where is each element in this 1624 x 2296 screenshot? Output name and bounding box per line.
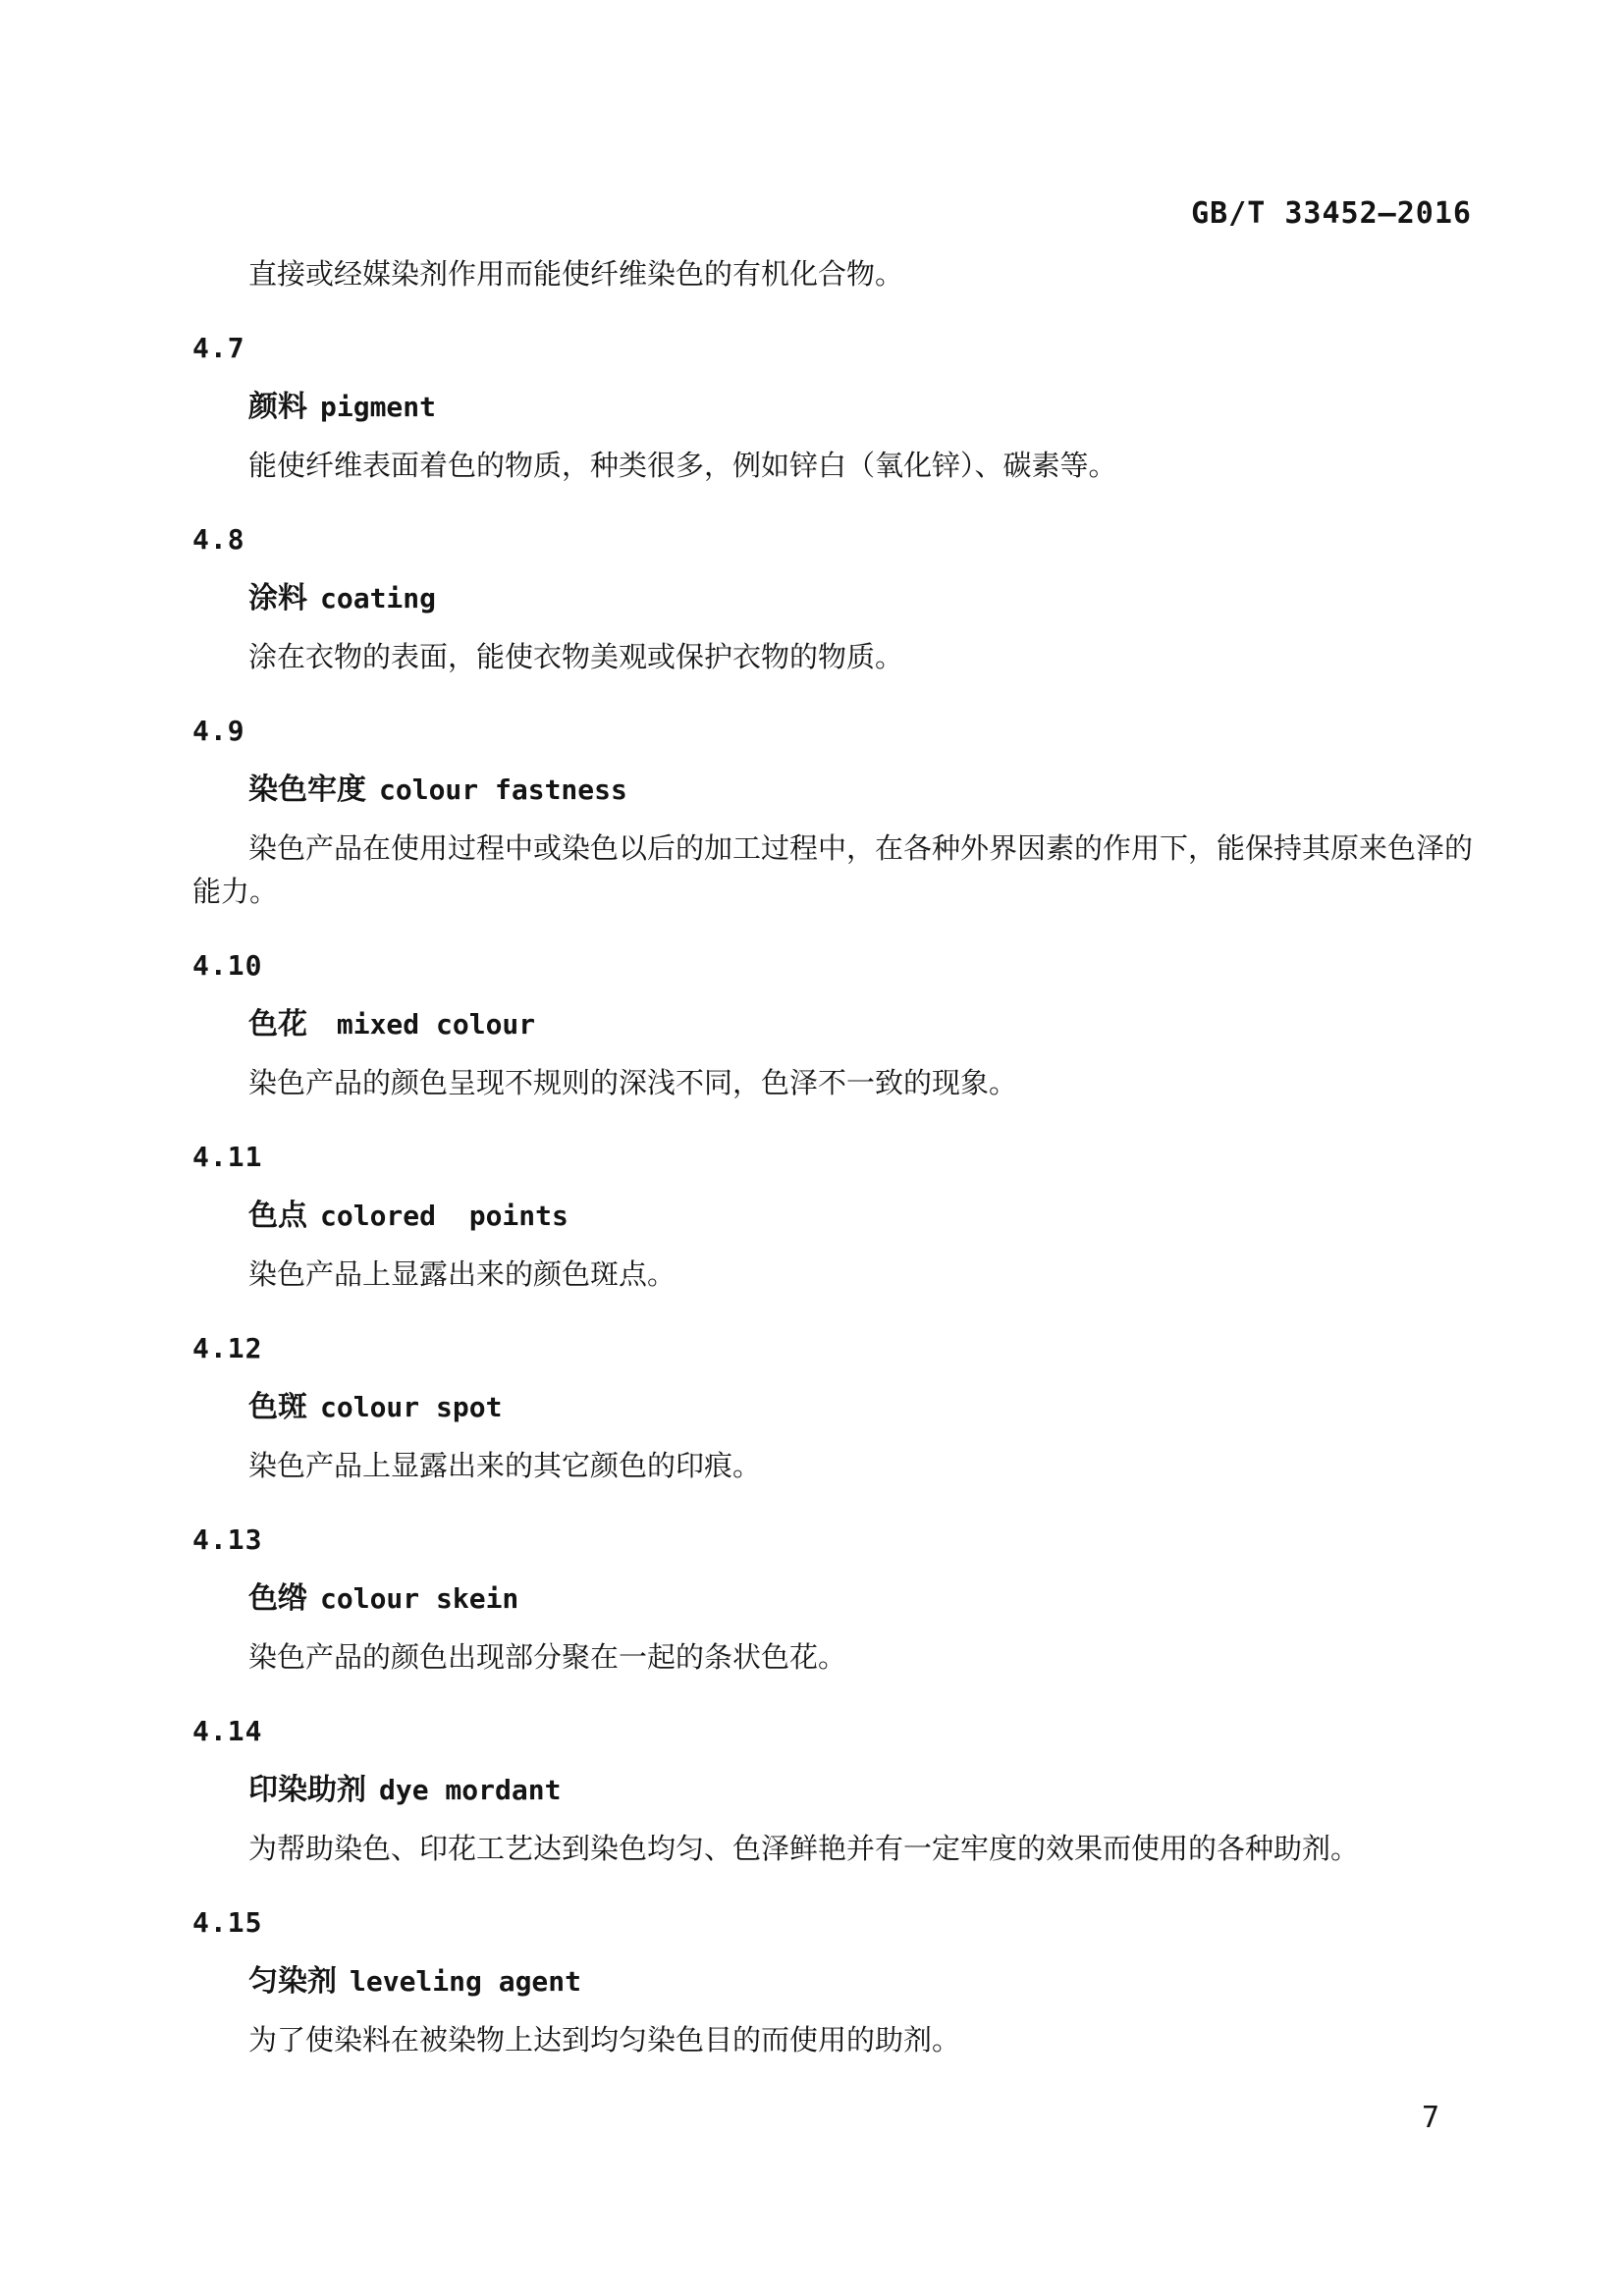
clause-number: 4.11 — [192, 1136, 1484, 1179]
term-chinese: 色点 — [248, 1200, 307, 1232]
page-footer: 7 — [1422, 2101, 1439, 2135]
term-heading: 染色牢度colour fastness — [192, 769, 1484, 812]
clause-number: 4.9 — [192, 710, 1484, 753]
term-english: pigment — [320, 391, 436, 423]
term-chinese: 染色牢度 — [248, 774, 366, 806]
clause-number: 4.14 — [192, 1710, 1484, 1753]
term-definition: 染色产品在使用过程中或染色以后的加工过程中，在各种外界因素的作用下，能保持其原来… — [192, 828, 1484, 914]
term-chinese: 印染助剂 — [248, 1774, 366, 1806]
clause-number: 4.10 — [192, 944, 1484, 988]
term-chinese: 色斑 — [248, 1391, 307, 1423]
term-chinese: 色花 — [248, 1008, 307, 1041]
term-definition: 涂在衣物的表面，能使衣物美观或保护衣物的物质。 — [192, 636, 1484, 679]
page-content: 直接或经媒染剂作用而能使纤维染色的有机化合物。 4.7 颜料pigment 能使… — [192, 253, 1484, 2062]
section-4-13: 4.13 色绺colour skein 染色产品的颜色出现部分聚在一起的条状色花… — [192, 1519, 1484, 1680]
section-4-14: 4.14 印染助剂dye mordant 为帮助染色、印花工艺达到染色均匀、色泽… — [192, 1710, 1484, 1871]
term-definition: 为帮助染色、印花工艺达到染色均匀、色泽鲜艳并有一定牢度的效果而使用的各种助剂。 — [192, 1828, 1484, 1871]
term-english: coating — [320, 582, 436, 614]
section-4-8: 4.8 涂料coating 涂在衣物的表面，能使衣物美观或保护衣物的物质。 — [192, 518, 1484, 679]
term-definition: 能使纤维表面着色的物质，种类很多，例如锌白（氧化锌）、碳素等。 — [192, 445, 1484, 488]
term-chinese: 涂料 — [248, 582, 307, 614]
term-definition: 染色产品的颜色出现部分聚在一起的条状色花。 — [192, 1636, 1484, 1680]
page-header: GB/T 33452—2016 — [0, 196, 1472, 231]
term-english: mixed colour — [320, 1008, 535, 1041]
term-heading: 颜料pigment — [192, 386, 1484, 429]
term-chinese: 颜料 — [248, 391, 307, 423]
term-chinese: 色绺 — [248, 1582, 307, 1615]
term-english: colour spot — [320, 1391, 502, 1423]
term-definition: 染色产品上显露出来的其它颜色的印痕。 — [192, 1445, 1484, 1488]
clause-number: 4.12 — [192, 1327, 1484, 1370]
term-heading: 色斑colour spot — [192, 1386, 1484, 1429]
clause-number: 4.15 — [192, 1901, 1484, 1945]
term-heading: 印染助剂dye mordant — [192, 1769, 1484, 1812]
section-4-7: 4.7 颜料pigment 能使纤维表面着色的物质，种类很多，例如锌白（氧化锌）… — [192, 327, 1484, 488]
term-definition: 为了使染料在被染物上达到均匀染色目的而使用的助剂。 — [192, 2019, 1484, 2062]
term-heading: 匀染剂leveling agent — [192, 1960, 1484, 2003]
term-english: leveling agent — [350, 1965, 581, 1998]
term-english: colored points — [320, 1200, 568, 1232]
section-4-10: 4.10 色花 mixed colour 染色产品的颜色呈现不规则的深浅不同，色… — [192, 944, 1484, 1105]
term-heading: 色花 mixed colour — [192, 1003, 1484, 1046]
term-definition: 染色产品上显露出来的颜色斑点。 — [192, 1254, 1484, 1297]
section-4-11: 4.11 色点colored points 染色产品上显露出来的颜色斑点。 — [192, 1136, 1484, 1297]
clause-number: 4.7 — [192, 327, 1484, 370]
term-english: colour fastness — [379, 774, 627, 806]
term-heading: 色绺colour skein — [192, 1577, 1484, 1621]
term-english: dye mordant — [379, 1774, 561, 1806]
clause-number: 4.13 — [192, 1519, 1484, 1562]
section-4-15: 4.15 匀染剂leveling agent 为了使染料在被染物上达到均匀染色目… — [192, 1901, 1484, 2062]
standard-code: GB/T 33452—2016 — [1191, 196, 1472, 231]
page-number: 7 — [1422, 2101, 1439, 2135]
section-4-12: 4.12 色斑colour spot 染色产品上显露出来的其它颜色的印痕。 — [192, 1327, 1484, 1488]
continuation-paragraph: 直接或经媒染剂作用而能使纤维染色的有机化合物。 — [192, 253, 1484, 296]
document-page: GB/T 33452—2016 直接或经媒染剂作用而能使纤维染色的有机化合物。 … — [0, 0, 1624, 2296]
clause-number: 4.8 — [192, 518, 1484, 561]
term-heading: 色点colored points — [192, 1195, 1484, 1238]
term-english: colour skein — [320, 1582, 518, 1615]
section-4-9: 4.9 染色牢度colour fastness 染色产品在使用过程中或染色以后的… — [192, 710, 1484, 914]
term-heading: 涂料coating — [192, 577, 1484, 620]
term-chinese: 匀染剂 — [248, 1965, 337, 1998]
term-definition: 染色产品的颜色呈现不规则的深浅不同，色泽不一致的现象。 — [192, 1062, 1484, 1105]
